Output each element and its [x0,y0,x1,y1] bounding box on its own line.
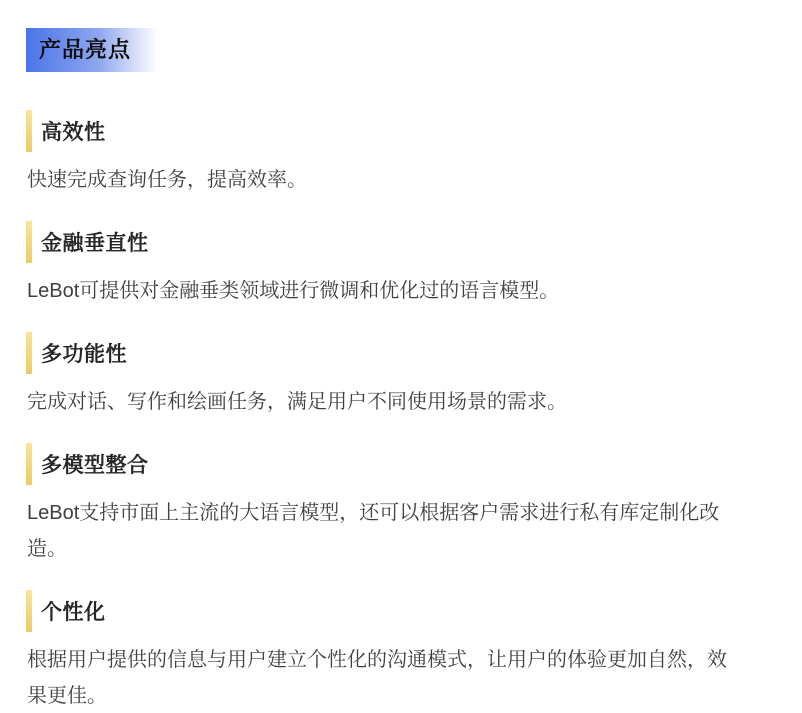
section-body-text: 完成对话、写作和绘画任务，满足用户不同使用场景的需求。 [27,384,739,420]
section-multi-model: 多模型整合 LeBot支持市面上主流的大语言模型，还可以根据客户需求进行私有库定… [26,443,772,567]
accent-bar [26,221,32,263]
section-efficiency: 高效性 快速完成查询任务，提高效率。 [26,110,772,198]
page-title-chip: 产品亮点 [26,28,157,72]
accent-bar [26,443,32,485]
section-header: 多模型整合 [26,443,772,485]
section-header: 个性化 [26,590,772,632]
section-heading: 多模型整合 [41,449,149,479]
section-heading: 个性化 [41,596,106,626]
section-heading: 多功能性 [41,338,127,368]
section-body-text: LeBot可提供对金融垂类领域进行微调和优化过的语言模型。 [27,273,739,309]
section-header: 金融垂直性 [26,221,772,263]
section-body-text: 快速完成查询任务，提高效率。 [27,162,739,198]
section-personalization: 个性化 根据用户提供的信息与用户建立个性化的沟通模式，让用户的体验更加自然，效果… [26,590,772,713]
section-multifunction: 多功能性 完成对话、写作和绘画任务，满足用户不同使用场景的需求。 [26,332,772,420]
section-body-text: 根据用户提供的信息与用户建立个性化的沟通模式，让用户的体验更加自然，效果更佳。 [27,642,739,713]
product-highlights-page: 产品亮点 高效性 快速完成查询任务，提高效率。 金融垂直性 LeBot可提供对金… [0,0,802,713]
section-body-text: LeBot支持市面上主流的大语言模型，还可以根据客户需求进行私有库定制化改造。 [27,495,739,567]
section-financial-vertical: 金融垂直性 LeBot可提供对金融垂类领域进行微调和优化过的语言模型。 [26,221,772,309]
section-heading: 金融垂直性 [41,227,149,257]
page-title: 产品亮点 [39,37,131,63]
section-heading: 高效性 [41,116,106,146]
section-header: 多功能性 [26,332,772,374]
section-header: 高效性 [26,110,772,152]
accent-bar [26,590,32,632]
accent-bar [26,332,32,374]
accent-bar [26,110,32,152]
